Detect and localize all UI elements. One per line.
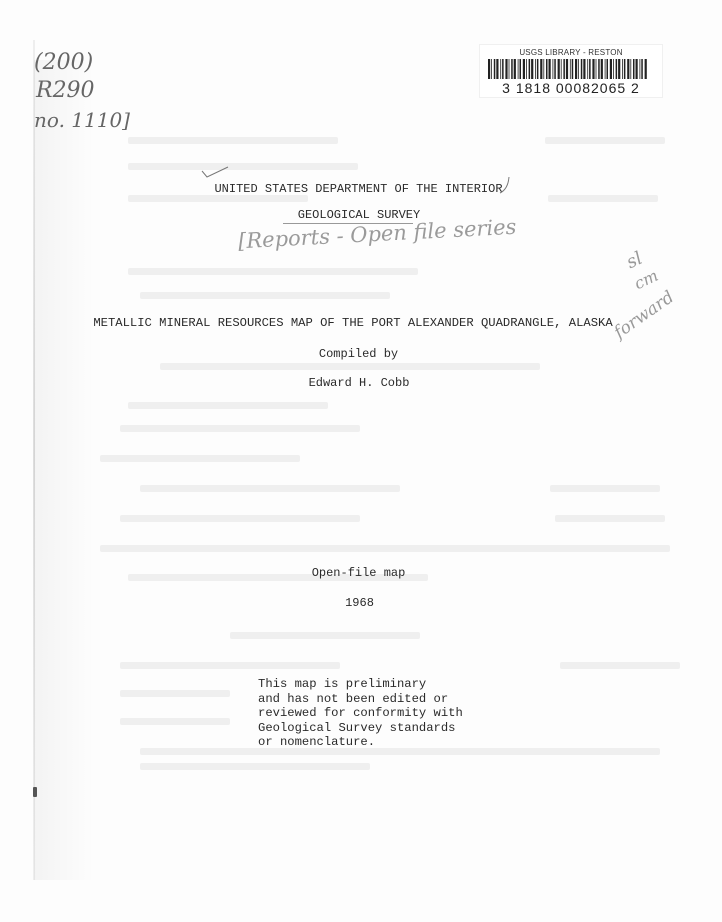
handwritten-call-number-2: R290	[36, 78, 95, 103]
department-heading: UNITED STATES DEPARTMENT OF THE INTERIOR	[0, 182, 722, 196]
barcode-icon	[488, 59, 648, 79]
checkmark-annotation-icon	[200, 165, 230, 181]
handwritten-call-number-3: no. 1110]	[34, 108, 130, 132]
agency-heading: GEOLOGICAL SURVEY	[0, 208, 722, 222]
report-type: Open-file map	[0, 566, 722, 580]
barcode-library-name: USGS LIBRARY - RESTON	[480, 48, 662, 57]
bracket-annotation-icon	[498, 175, 512, 195]
handwritten-call-number-1: (200)	[34, 50, 93, 75]
scan-mark	[33, 787, 37, 797]
compiled-by-label: Compiled by	[0, 347, 722, 361]
library-barcode-label: USGS LIBRARY - RESTON 3 1818 00082065 2	[479, 44, 663, 98]
publication-year: 1968	[0, 596, 722, 610]
handwritten-side-note-3: forward	[610, 287, 677, 343]
author-name: Edward H. Cobb	[0, 376, 722, 390]
disclaimer-note: This map is preliminary and has not been…	[258, 677, 463, 750]
document-title: METALLIC MINERAL RESOURCES MAP OF THE PO…	[0, 316, 722, 330]
barcode-number: 3 1818 00082065 2	[480, 80, 662, 96]
document-page: USGS LIBRARY - RESTON 3 1818 00082065 2 …	[0, 0, 722, 922]
